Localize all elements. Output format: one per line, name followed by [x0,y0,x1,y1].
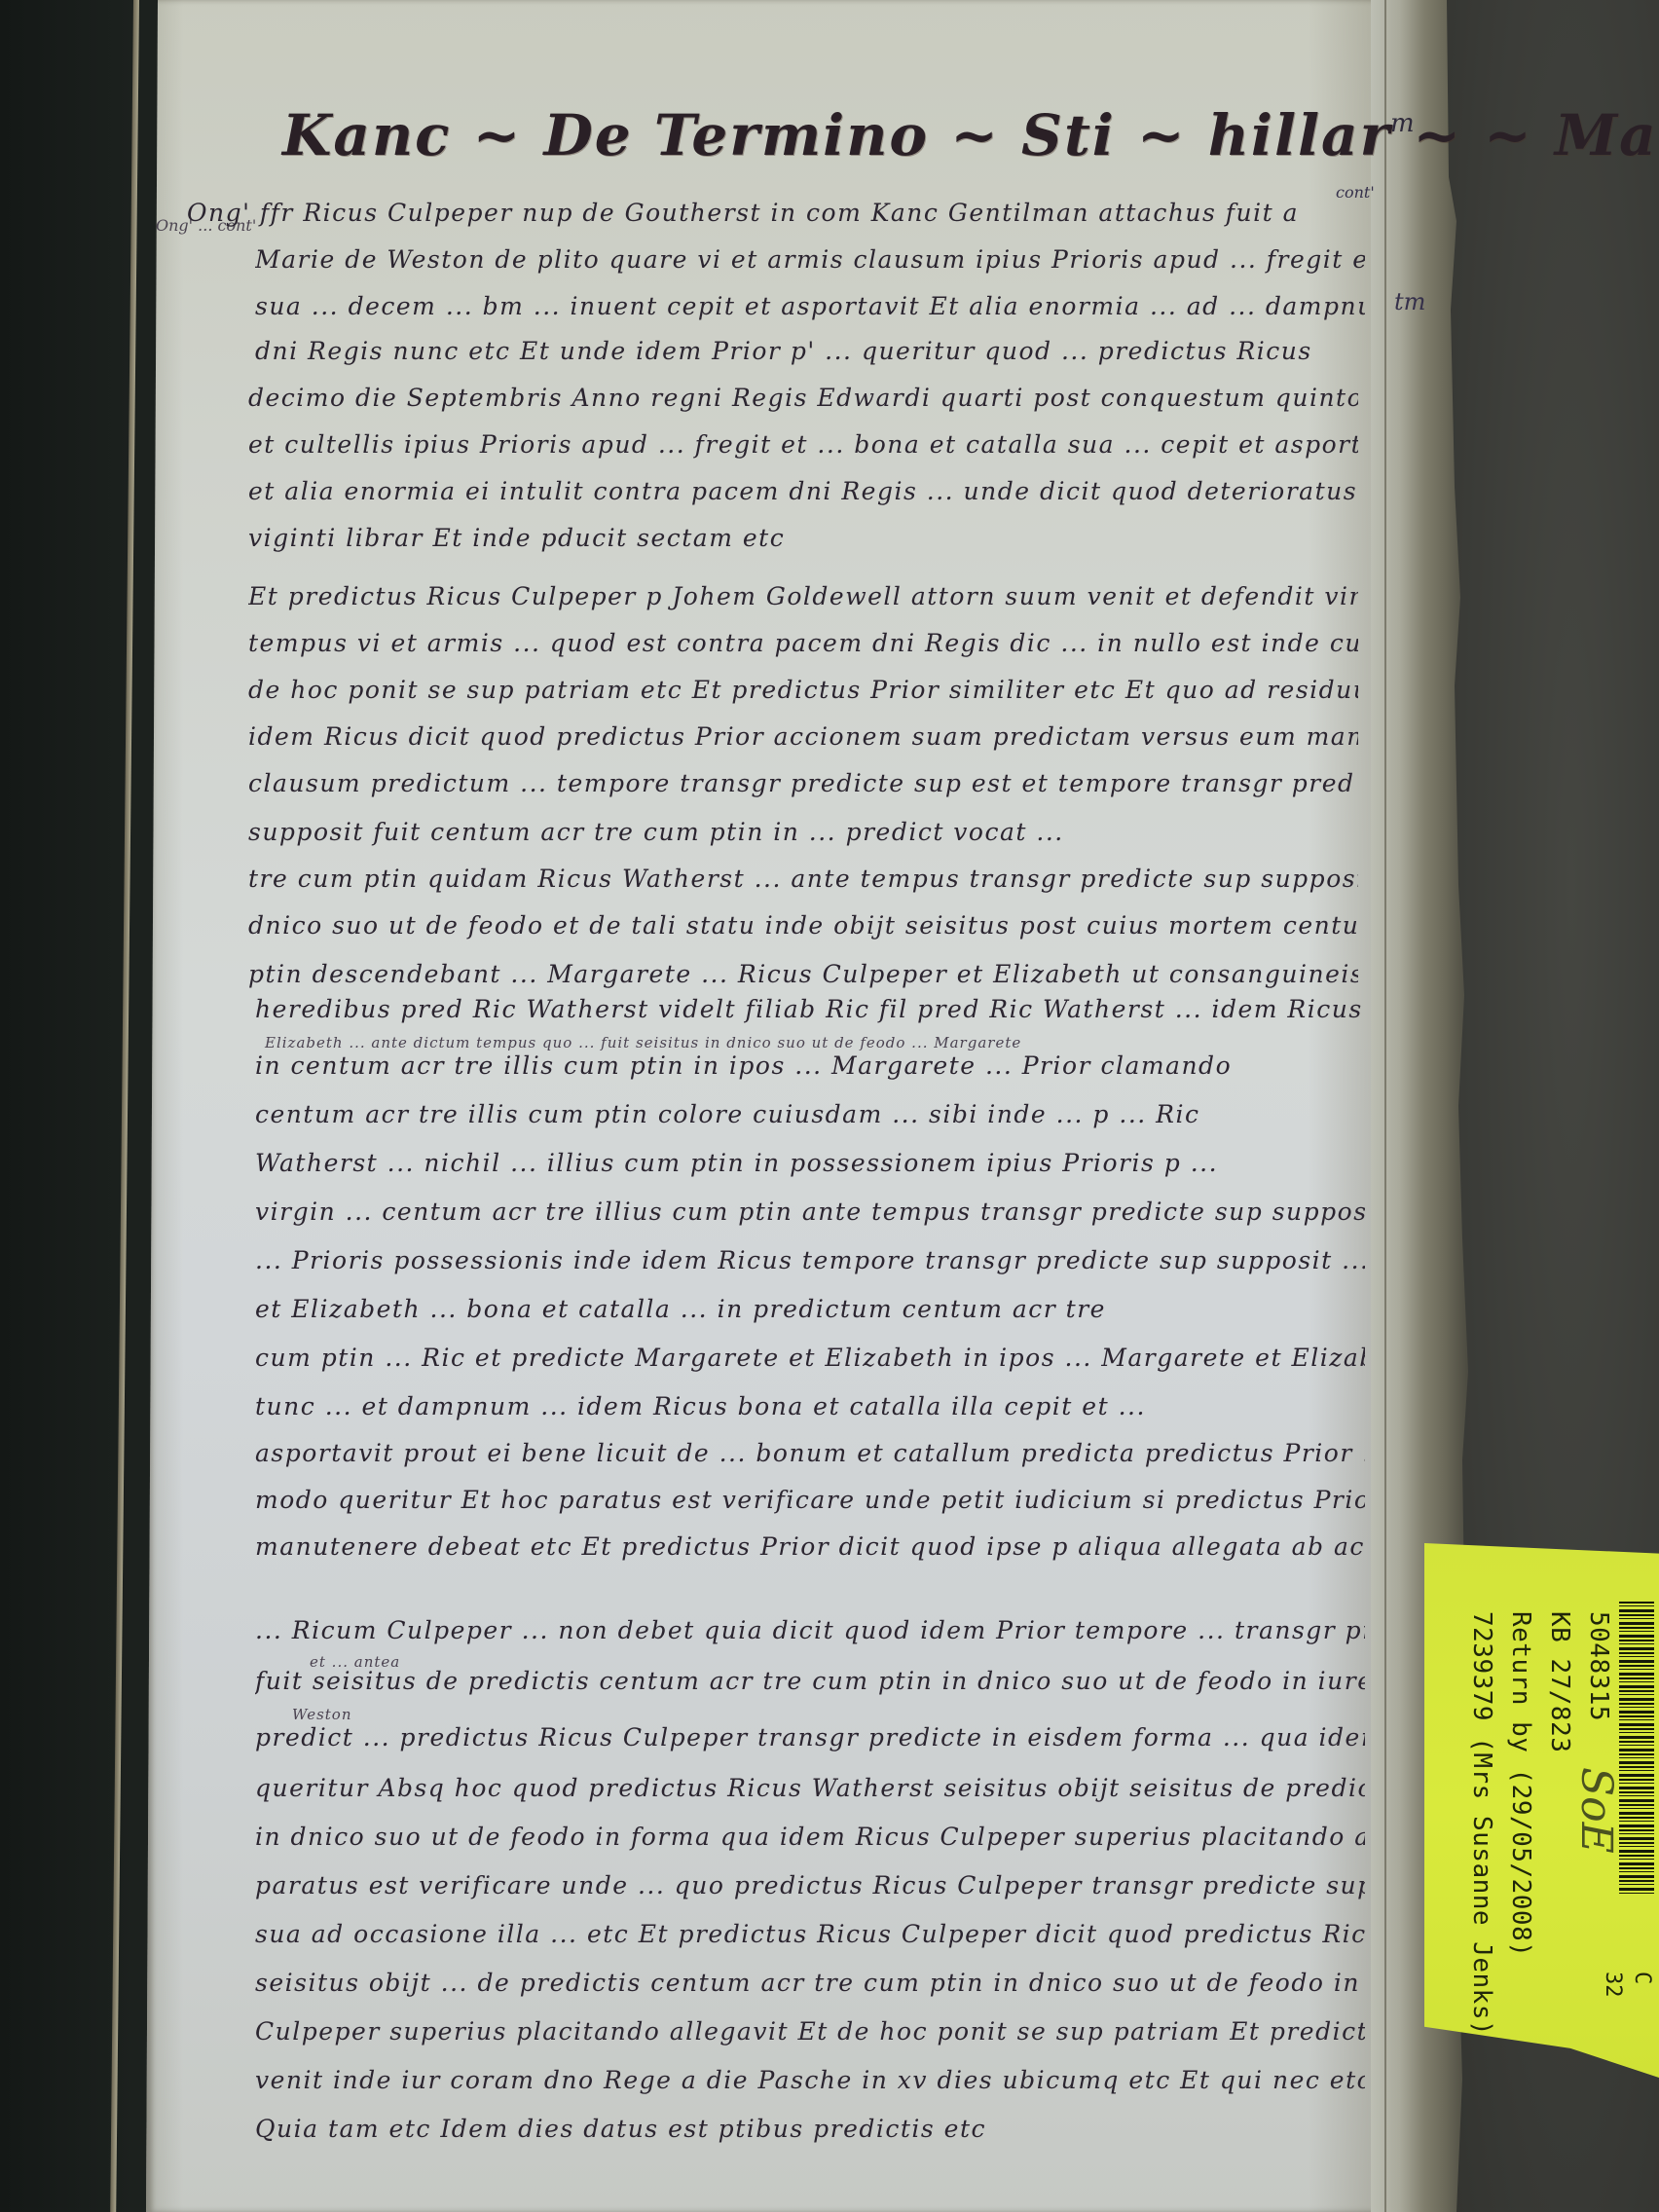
manuscript-line: et Elizabeth ... bona et catalla ... in … [255,1295,1365,1340]
manuscript-line: virgin ... centum acr tre illius cum pti… [255,1198,1365,1242]
manuscript-line: cum ptin ... Ric et predicte Margarete e… [255,1344,1365,1388]
manuscript-line: centum acr tre illis cum ptin colore cui… [255,1100,1365,1145]
manuscript-line: viginti librar Et inde pducit sectam etc [248,524,1358,569]
manuscript-line: ... Ricum Culpeper ... non debet quia di… [255,1616,1365,1661]
manuscript-line: Watherst ... nichil ... illius cum ptin … [255,1149,1365,1194]
manuscript-line: decimo die Septembris Anno regni Regis E… [248,384,1358,428]
slip-document-reference: KB 27/823 [1545,1611,1574,1752]
retrieval-slip-text: 5048315 KB 27/823 Return by (29/05/2008)… [1424,1543,1659,2081]
manuscript-line: Et predictus Ricus Culpeper p Johem Gold… [248,582,1358,627]
fold-crease [1384,0,1386,2212]
slip-barcode-number: 5048315 [1584,1611,1613,1721]
interlinear-insertion: Weston [292,1706,352,1723]
manuscript-line: modo queritur Et hoc paratus est verific… [255,1486,1365,1530]
heading-margin-mark: m [1390,109,1415,138]
slip-page-number: 32 [1601,1972,1625,1998]
manuscript-line: fuit seisitus de predictis centum acr tr… [255,1667,1365,1712]
manuscript-line: clausum predictum ... tempore transgr pr… [248,769,1358,814]
right-margin-note: cont' [1336,183,1375,202]
barcode [1619,1602,1654,1894]
slip-reader-ticket: 7239379 (Mrs Susanne Jenks) [1467,1611,1496,2036]
parchment-left-edge [110,0,139,2212]
manuscript-line: dni Regis nunc etc Et unde idem Prior p'… [255,337,1365,382]
manuscript-line: paratus est verificare unde ... quo pred… [255,1871,1365,1916]
manuscript-line: sua ad occasione illa ... etc Et predict… [255,1920,1365,1965]
manuscript-line: de hoc ponit se sup patriam etc Et predi… [248,676,1358,720]
manuscript-line: ... Prioris possessionis inde idem Ricus… [255,1246,1365,1291]
manuscript-line: tunc ... et dampnum ... idem Ricus bona … [255,1392,1365,1437]
manuscript-line: predict ... predictus Ricus Culpeper tra… [255,1723,1365,1768]
right-margin-note: tm [1394,288,1425,315]
retrieval-slip: 5048315 KB 27/823 Return by (29/05/2008)… [1424,1543,1659,2081]
manuscript-line: idem Ricus dicit quod predictus Prior ac… [248,722,1358,767]
interlinear-insertion: Elizabeth ... ante dictum tempus quo ...… [265,1034,1021,1051]
roll-heading: Kanc ~ De Termino ~ Sti ~ hillar ~ ~ Mar… [282,102,1402,190]
manuscript-line: in dnico suo ut de feodo in forma qua id… [255,1823,1365,1867]
manuscript-line: Ong' ffr Ricus Culpeper nup de Goutherst… [187,199,1297,243]
manuscript-line: Culpeper superius placitando allegavit E… [255,2017,1365,2062]
manuscript-line: manutenere debeat etc Et predictus Prior… [255,1532,1365,1577]
manuscript-line: Quia tam etc Idem dies datus est ptibus … [255,2115,1365,2159]
manuscript-line: Marie de Weston de plito quare vi et arm… [255,245,1365,290]
manuscript-line: sua ... decem ... bm ... inuent cepit et… [255,292,1365,337]
manuscript-line: et cultellis ipius Prioris apud ... freg… [248,430,1358,475]
manuscript-line: supposit fuit centum acr tre cum ptin in… [248,818,1358,863]
manuscript-line: dnico suo ut de feodo et de tali statu i… [248,911,1358,956]
manuscript-line: in centum acr tre illis cum ptin in ipos… [255,1051,1365,1096]
manuscript-line: tre cum ptin quidam Ricus Watherst ... a… [248,865,1358,909]
manuscript-line: asportavit prout ei bene licuit de ... b… [255,1439,1365,1484]
manuscript-line: venit inde iur coram dno Rege a die Pasc… [255,2066,1365,2111]
slip-handwritten-mark: SoE [1571,1767,1621,1854]
slip-return-date: Return by (29/05/2008) [1506,1611,1535,1957]
manuscript-line: et alia enormia ei intulit contra pacem … [248,477,1358,522]
slip-corner-mark: C [1630,1972,1654,1984]
manuscript-line: queritur Absq hoc quod predictus Ricus W… [255,1774,1365,1819]
manuscript-line: seisitus obijt ... de predictis centum a… [255,1969,1365,2013]
manuscript-line: tempus vi et armis ... quod est contra p… [248,629,1358,674]
